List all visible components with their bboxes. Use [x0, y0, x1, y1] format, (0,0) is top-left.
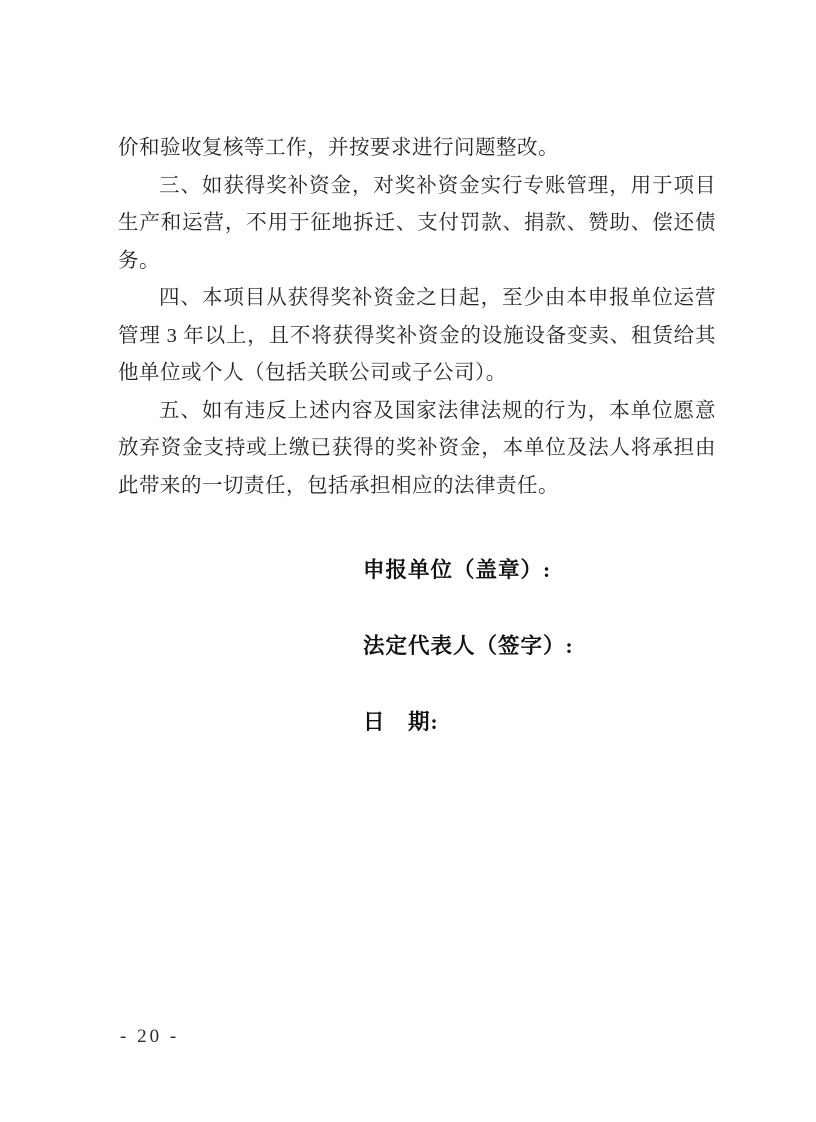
declaration-text-block: 价和验收复核等工作，并按要求进行问题整改。 三、如获得奖补资金，对奖补资金实行专… — [118, 130, 716, 505]
signature-block: 申报单位（盖章）: 法定代表人（签字）: 日 期: — [363, 552, 574, 780]
paragraph-item-4: 四、本项目从获得奖补资金之日起，至少由本申报单位运营管理 3 年以上，且不将获得… — [118, 280, 716, 393]
paragraph-item-5: 五、如有违反上述内容及国家法律法规的行为，本单位愿意放弃资金支持或上缴已获得的奖… — [118, 393, 716, 506]
paragraph-item-3: 三、如获得奖补资金，对奖补资金实行专账管理，用于项目生产和运营，不用于征地拆迁、… — [118, 168, 716, 281]
paragraph-continuation: 价和验收复核等工作，并按要求进行问题整改。 — [118, 130, 716, 168]
page-number: - 20 - — [120, 1026, 179, 1048]
declaring-unit-seal-label: 申报单位（盖章）: — [363, 552, 574, 589]
legal-representative-signature-label: 法定代表人（签字）: — [363, 628, 574, 665]
date-label: 日 期: — [363, 704, 574, 741]
document-page: 价和验收复核等工作，并按要求进行问题整改。 三、如获得奖补资金，对奖补资金实行专… — [0, 0, 816, 1122]
